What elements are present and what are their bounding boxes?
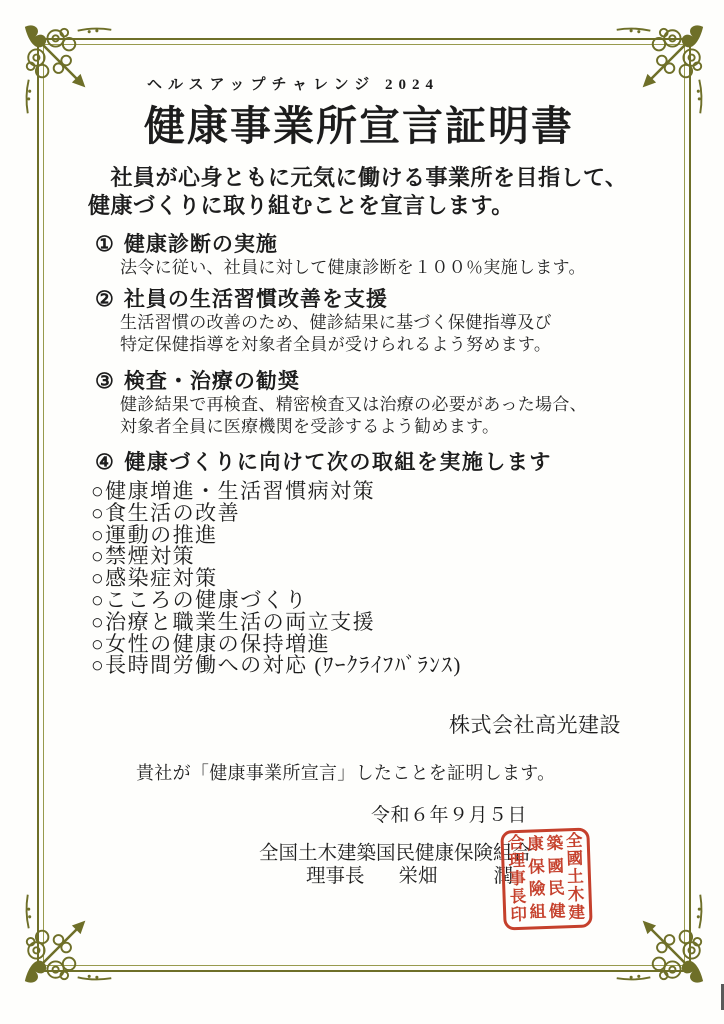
section-lifestyle-support: ②社員の生活習慣改善を支援 生活習慣の改善のため、健診結果に基づく保健指導及び …: [95, 286, 552, 356]
circled-number: ④: [95, 450, 115, 474]
initiatives-list: ○健康増進・生活習慣病対策 ○食生活の改善 ○運動の推進 ○禁煙対策 ○感染症対…: [91, 481, 462, 677]
section-heading-text: 社員の生活習慣改善を支援: [124, 287, 388, 311]
section-body-line: 法令に従い、社員に対して健康診断を１００％実施します。: [120, 257, 586, 279]
section-health-initiatives: ④健康づくりに向けて次の取組を実施します: [95, 449, 552, 475]
chairman-surname: 栄畑: [399, 866, 438, 887]
seal-column: 全國土木建: [564, 832, 586, 925]
company-name: 株式会社高光建設: [449, 709, 621, 739]
circled-number: ③: [95, 369, 115, 393]
issue-date: 令和６年９月５日: [371, 800, 527, 827]
official-seal-stamp: 全國土木建 築國民健 康保險組 合理事長印: [500, 827, 592, 930]
section-body-line: 特定保健指導を対象者全員が受けられるよう努めます。: [120, 334, 552, 356]
initiative-item: ○禁煙対策: [91, 546, 462, 568]
declaration-intro-line2: 健康づくりに取り組むことを宣言します。: [88, 192, 628, 220]
chairman-signature-line: 理事長栄畑潤: [306, 860, 513, 888]
circled-number: ①: [95, 232, 115, 256]
section-body-line: 対象者全員に医療機関を受診するよう勧めます。: [120, 416, 587, 438]
section-heading-text: 健康づくりに向けて次の取組を実施します: [124, 450, 552, 474]
initiative-item: ○感染症対策: [91, 568, 462, 590]
section-heading: ③検査・治療の勧奨: [95, 368, 587, 394]
section-body: 生活習慣の改善のため、健診結果に基づく保健指導及び 特定保健指導を対象者全員が受…: [120, 312, 552, 356]
initiative-item: ○女性の健康の保持増進: [91, 634, 462, 656]
program-subtitle: ヘルスアップチャレンジ 2024: [147, 73, 439, 94]
declaration-intro: 社員が心身ともに元気に働ける事業所を目指して、 健康づくりに取り組むことを宣言し…: [88, 164, 628, 220]
section-health-checkup: ①健康診断の実施 法令に従い、社員に対して健康診断を１００％実施します。: [95, 231, 586, 279]
corner-flourish-icon: [22, 888, 118, 984]
initiative-item: ○運動の推進: [91, 525, 462, 547]
section-body-line: 健診結果で再検査、精密検査又は治療の必要があった場合、: [120, 394, 587, 416]
declaration-intro-line1: 社員が心身ともに元気に働ける事業所を目指して、: [88, 164, 628, 192]
corner-flourish-icon: [610, 24, 706, 120]
section-body-line: 生活習慣の改善のため、健診結果に基づく保健指導及び: [120, 312, 552, 334]
certificate-title: 健康事業所宣言証明書: [144, 93, 574, 152]
chairman-role: 理事長: [306, 866, 365, 887]
corner-flourish-icon: [22, 24, 118, 120]
section-heading-text: 検査・治療の勧奨: [124, 369, 300, 393]
section-heading: ①健康診断の実施: [95, 231, 586, 257]
section-body: 健診結果で再検査、精密検査又は治療の必要があった場合、 対象者全員に医療機関を受…: [120, 394, 587, 438]
circled-number: ②: [95, 287, 115, 311]
initiative-item: ○長時間労働への対応 (ﾜｰｸﾗｲﾌﾊﾞﾗﾝｽ): [91, 655, 462, 677]
initiative-item: ○健康増進・生活習慣病対策: [91, 481, 462, 503]
section-heading: ④健康づくりに向けて次の取組を実施します: [95, 449, 552, 475]
section-heading-text: 健康診断の実施: [124, 232, 278, 256]
corner-flourish-icon: [610, 888, 706, 984]
section-body: 法令に従い、社員に対して健康診断を１００％実施します。: [120, 257, 586, 279]
initiative-item: ○こころの健康づくり: [91, 590, 462, 612]
certificate-page: ヘルスアップチャレンジ 2024 健康事業所宣言証明書 社員が心身ともに元気に働…: [0, 0, 724, 1024]
certification-statement: 貴社が「健康事業所宣言」したことを証明します。: [136, 759, 555, 785]
section-exam-treatment: ③検査・治療の勧奨 健診結果で再検査、精密検査又は治療の必要があった場合、 対象…: [95, 368, 587, 438]
section-heading: ②社員の生活習慣改善を支援: [95, 286, 552, 312]
initiative-item: ○治療と職業生活の両立支援: [91, 612, 462, 634]
initiative-item: ○食生活の改善: [91, 503, 462, 525]
